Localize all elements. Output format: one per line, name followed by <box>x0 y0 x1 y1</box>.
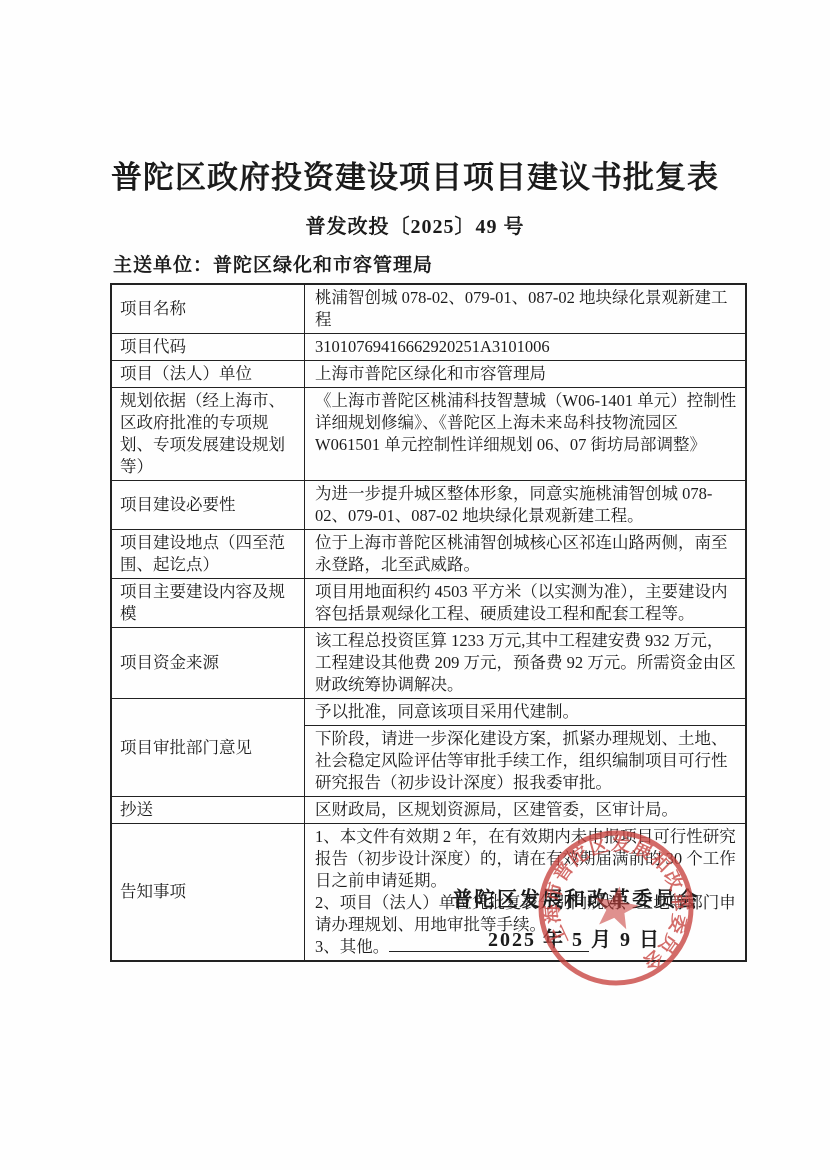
recipient-line: 主送单位：普陀区绿化和市容管理局 <box>113 250 433 277</box>
approval-opinion-bottom: 下阶段，请进一步深化建设方案，抓紧办理规划、土地、社会稳定风险评估等审批手续工作… <box>305 726 745 796</box>
table-row-planning-basis: 规划依据（经上海市、区政府批准的专项规划、专项发展建设规划等） 《上海市普陀区桃… <box>112 387 745 480</box>
approval-form-table: 项目名称 桃浦智创城 078-02、079-01、087-02 地块绿化景观新建… <box>110 283 747 962</box>
row-label: 规划依据（经上海市、区政府批准的专项规划、专项发展建设规划等） <box>112 388 305 480</box>
table-row-project-code: 项目代码 31010769416662920251A3101006 <box>112 333 745 360</box>
table-row-necessity: 项目建设必要性 为进一步提升城区整体形象，同意实施桃浦智创城 078-02、07… <box>112 480 745 529</box>
row-label: 项目（法人）单位 <box>112 361 305 387</box>
row-value: 位于上海市普陀区桃浦智创城核心区祁连山路两侧，南至永登路，北至武威路。 <box>305 530 745 578</box>
row-value: 区财政局，区规划资源局，区建管委，区审计局。 <box>305 797 745 823</box>
row-label: 项目资金来源 <box>112 628 305 698</box>
recipient-label: 主送单位： <box>113 255 213 276</box>
row-label: 项目代码 <box>112 334 305 360</box>
table-row-legal-unit: 项目（法人）单位 上海市普陀区绿化和市容管理局 <box>112 360 745 387</box>
row-value: 31010769416662920251A3101006 <box>305 334 745 360</box>
row-value: 项目用地面积约 4503 平方米（以实测为准），主要建设内容包括景观绿化工程、硬… <box>305 579 745 627</box>
notice-item-3-text: 3、其他。 <box>315 937 389 956</box>
issuing-authority: 普陀区发展和改革委员会 <box>452 882 700 912</box>
approval-opinion-values: 予以批准，同意该项目采用代建制。 下阶段，请进一步深化建设方案，抓紧办理规划、土… <box>305 699 745 796</box>
row-label: 告知事项 <box>112 824 305 960</box>
row-value: 该工程总投资匡算 1233 万元,其中工程建安费 932 万元，工程建设其他费 … <box>305 628 745 698</box>
issue-date: 2025 年 5 月 9 日 <box>488 923 661 952</box>
row-value: 桃浦智创城 078-02、079-01、087-02 地块绿化景观新建工程 <box>305 285 745 333</box>
document-page: 普陀区政府投资建设项目项目建议书批复表 普发改投〔2025〕49 号 主送单位：… <box>0 0 830 1170</box>
row-value: 为进一步提升城区整体形象，同意实施桃浦智创城 078-02、079-01、087… <box>305 481 745 529</box>
table-row-funding: 项目资金来源 该工程总投资匡算 1233 万元,其中工程建安费 932 万元，工… <box>112 627 745 698</box>
document-number: 普发改投〔2025〕49 号 <box>0 210 830 239</box>
row-label: 项目建设地点（四至范围、起讫点） <box>112 530 305 578</box>
table-row-project-name: 项目名称 桃浦智创城 078-02、079-01、087-02 地块绿化景观新建… <box>112 285 745 333</box>
document-title: 普陀区政府投资建设项目项目建议书批复表 <box>0 152 830 197</box>
row-label: 项目建设必要性 <box>112 481 305 529</box>
recipient-value: 普陀区绿化和市容管理局 <box>213 255 433 276</box>
row-label: 项目主要建设内容及规模 <box>112 579 305 627</box>
row-label: 项目审批部门意见 <box>112 699 305 796</box>
table-row-approval-opinion: 项目审批部门意见 予以批准，同意该项目采用代建制。 下阶段，请进一步深化建设方案… <box>112 698 745 796</box>
table-row-scale: 项目主要建设内容及规模 项目用地面积约 4503 平方米（以实测为准），主要建设… <box>112 578 745 627</box>
row-value: 《上海市普陀区桃浦科技智慧城（W06-1401 单元）控制性详细规划修编》、《普… <box>305 388 745 480</box>
approval-opinion-top: 予以批准，同意该项目采用代建制。 <box>305 699 745 726</box>
row-value: 上海市普陀区绿化和市容管理局 <box>305 361 745 387</box>
table-row-cc: 抄送 区财政局，区规划资源局，区建管委，区审计局。 <box>112 796 745 823</box>
row-label: 项目名称 <box>112 285 305 333</box>
table-row-location: 项目建设地点（四至范围、起讫点） 位于上海市普陀区桃浦智创城核心区祁连山路两侧，… <box>112 529 745 578</box>
row-label: 抄送 <box>112 797 305 823</box>
